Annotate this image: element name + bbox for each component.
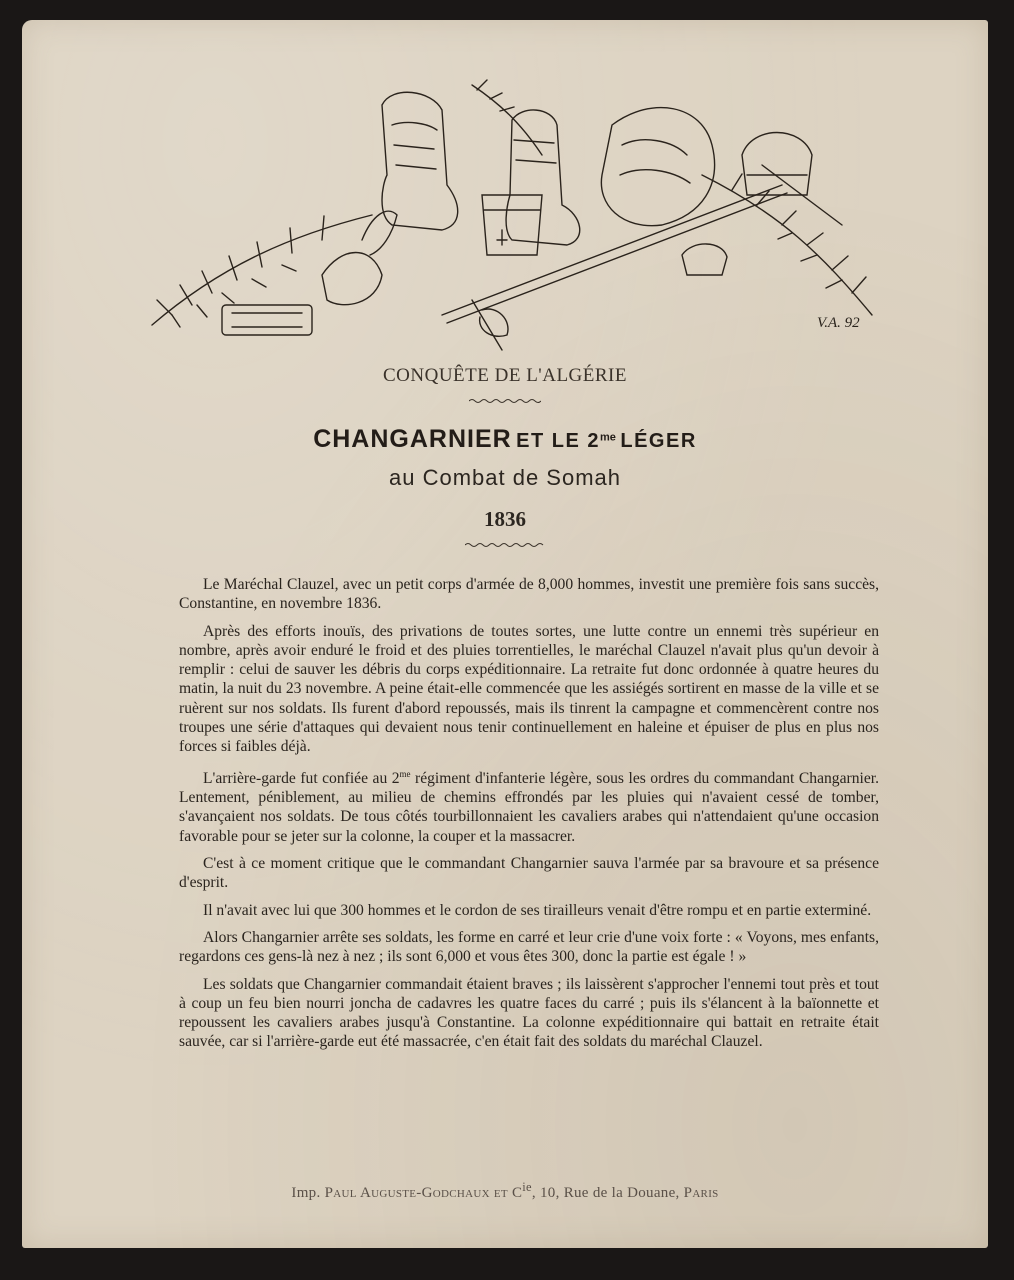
document-subtitle: au Combat de Somah — [22, 465, 988, 491]
illustration-signature: V.A. 92 — [817, 315, 860, 331]
decorative-rule — [22, 398, 988, 404]
document-page: V.A. 92 CONQUÊTE DE L'ALGÉRIE CHANGARNIE… — [22, 20, 988, 1248]
paragraph-text: L'arrière-garde fut confiée au 2 — [203, 770, 400, 787]
imprint-city: Paris — [684, 1185, 719, 1201]
imprint-superscript: ie — [522, 1180, 532, 1194]
imprint-prefix: Imp. — [291, 1185, 320, 1201]
paragraph: Après des efforts inouïs, des privations… — [179, 622, 879, 757]
imprint-address: , 10, Rue de la Douane, — [532, 1185, 680, 1201]
document-body: Le Maréchal Clauzel, avec un petit corps… — [179, 575, 879, 1060]
paragraph: L'arrière-garde fut confiée au 2me régim… — [179, 765, 879, 846]
decorative-rule — [22, 542, 988, 548]
document-year: 1836 — [22, 507, 988, 532]
paragraph: Le Maréchal Clauzel, avec un petit corps… — [179, 575, 879, 614]
series-title: CONQUÊTE DE L'ALGÉRIE — [22, 365, 988, 387]
military-still-life-illustration: V.A. 92 — [142, 65, 902, 355]
paragraph: Il n'avait avec lui que 300 hommes et le… — [179, 901, 879, 920]
paragraph: Les soldats que Changarnier commandait é… — [179, 975, 879, 1052]
superscript: me — [400, 769, 411, 779]
title-main: CHANGARNIER — [313, 425, 512, 453]
document-title: CHANGARNIER ET LE 2me LÉGER — [22, 425, 988, 454]
paragraph: C'est à ce moment critique que le comman… — [179, 854, 879, 893]
title-superscript: me — [600, 432, 616, 444]
printer-imprint: Imp. Paul Auguste-Godchaux et Cie, 10, R… — [22, 1180, 988, 1202]
paragraph: Alors Changarnier arrête ses soldats, le… — [179, 928, 879, 967]
imprint-printer: Paul Auguste-Godchaux et C — [325, 1185, 523, 1201]
title-end: LÉGER — [620, 430, 696, 452]
title-connector: ET LE 2 — [516, 430, 600, 452]
